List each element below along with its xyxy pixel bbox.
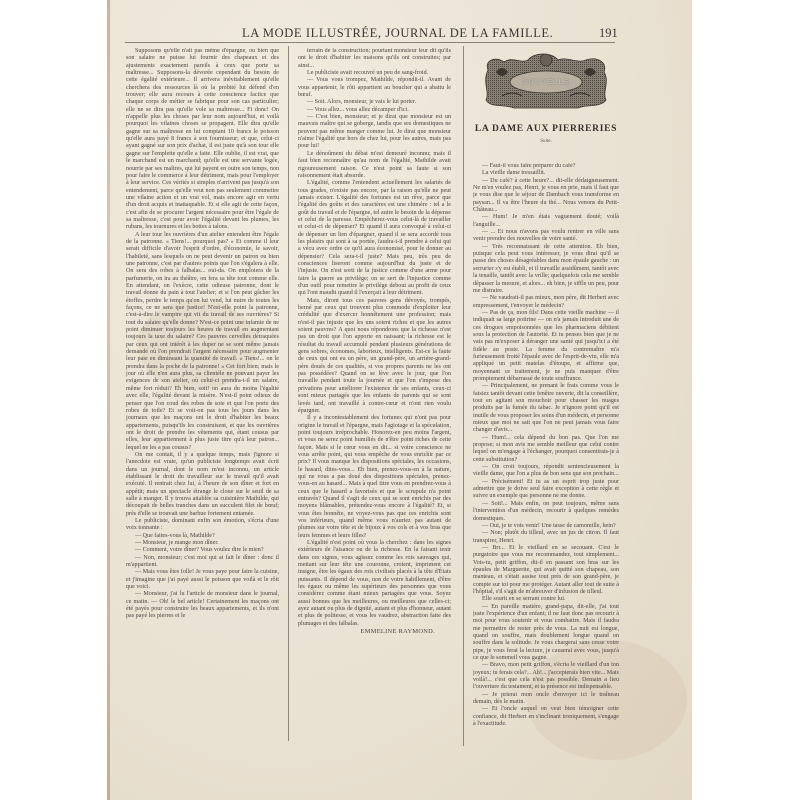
paragraph: — Monsieur, je mange mon dîner. [126, 540, 279, 547]
paragraph: Il y a incontestablement des fortunes qu… [298, 415, 451, 540]
paragraph: L'égalité, comme l'entendent actuellemen… [298, 180, 451, 298]
author-signature: EMMELINE RAYMOND. [298, 628, 451, 635]
paragraph: — Non, monsieur; c'est moi qui ai fait l… [126, 555, 279, 570]
nouvelle-vignette: NOUVELLE [482, 52, 610, 110]
paragraph: — ... Et nous n'avons pas voulu rentrer … [473, 229, 619, 244]
paragraph: — Précisément! Et tu as un esprit trop j… [473, 479, 619, 501]
paragraph: — Très reconnaissant de cette attention.… [473, 244, 619, 295]
paragraph: La vieille dame tressaillit. [473, 170, 619, 177]
paragraph: On me contait, il y a quelque temps, mai… [126, 452, 279, 518]
paragraph: Mais, diront tous ces pauvres gens dévoy… [298, 298, 451, 416]
article-column-2: terrain de la construction; pourtant mon… [298, 48, 451, 748]
article-column-1: Supposons qu'elle n'ait pas même d'éparg… [126, 48, 279, 728]
paragraph: — Que faites-vous là, Mathilde? [126, 533, 279, 540]
newspaper-page: LA MODE ILLUSTRÉE, JOURNAL DE LA FAMILLE… [107, 0, 692, 800]
vignette-label: NOUVELLE [482, 79, 610, 86]
paragraph: A leur tour les ouvrières d'un atelier e… [126, 232, 279, 452]
paragraph: — Du café? à cette heure?... dit-elle dé… [473, 178, 619, 215]
paragraph: — Bravo, mon petit griffon, s'écria le v… [473, 662, 619, 691]
running-head: LA MODE ILLUSTRÉE, JOURNAL DE LA FAMILLE… [107, 26, 692, 42]
header-rule [125, 42, 615, 43]
journal-title: LA MODE ILLUSTRÉE, JOURNAL DE LA FAMILLE… [242, 26, 553, 41]
story-column: — Faut-il vous faire préparer du café?La… [473, 163, 619, 748]
paragraph: — Soit!... Mais enfin, on peut toujours,… [473, 501, 619, 523]
paragraph: — Hum!... cela dépend du bon pas. Que l'… [473, 435, 619, 464]
paragraph: — Faut-il vous faire préparer du café? [473, 163, 619, 170]
page-number: 191 [599, 26, 618, 41]
paragraph: Supposons qu'elle n'ait pas même d'éparg… [126, 48, 279, 232]
paragraph: — Et l'oncle auquel on veut bien témoign… [473, 706, 619, 728]
paragraph: — Comment, votre dîner? Vous voulez dire… [126, 547, 279, 554]
paragraph: — Je prierai mon oncle d'envoyer ici le … [473, 692, 619, 707]
paragraph: — Mais vous êtes folle! Je vous paye pou… [126, 569, 279, 591]
torn-page-edge [107, 0, 110, 800]
story-title: LA DAME AUX PIERRERIES [473, 124, 619, 134]
paragraph: — Pas de ça, mon fils! Dans cette vieill… [473, 310, 619, 383]
column-2-text: terrain de la construction; pourtant mon… [298, 48, 451, 628]
paragraph: L'égalité n'est point où vous la cherche… [298, 540, 451, 628]
column-divider [463, 46, 464, 746]
paragraph: — Brr... Et le vieillard en se secouant.… [473, 545, 619, 596]
paragraph: — Ne vaudrait-il pas mieux, mon père, di… [473, 295, 619, 310]
paragraph: — Monsieur, j'ai lu l'article de monsieu… [126, 591, 279, 620]
column-divider [288, 46, 289, 741]
paragraph: Le publiciste avait recouvré un peu de s… [298, 70, 451, 77]
paragraph: — Soit. Alors, monsieur, je vais le lui … [298, 99, 451, 106]
paragraph: — En pareille matière, grand-papa, dit-e… [473, 604, 619, 663]
story-subtitle: Suite. [473, 139, 619, 144]
paragraph: Le dénoûment du débat m'est demeuré inco… [298, 151, 451, 180]
paragraph: — Vous vous trompez, Mathilde, répondit-… [298, 77, 451, 99]
paragraph: Le publiciste, dominant enfin son émotio… [126, 518, 279, 533]
paragraph: terrain de la construction; pourtant mon… [298, 48, 451, 70]
paragraph: Elle sourit en se serrant contre lui. [473, 596, 619, 603]
paragraph: — Vous allez... vous allez décamper d'ic… [298, 107, 451, 114]
paragraph: — Non; plutôt du tilleul, avec un jus de… [473, 530, 619, 545]
paragraph: — On croit toujours, répondit sentencieu… [473, 464, 619, 479]
paragraph: — Hum! Je m'en étais vaguement douté; vo… [473, 214, 619, 229]
paragraph: — Principalement, ne prenant le frais co… [473, 383, 619, 434]
paragraph: — C'est bien, monsieur; et je dirai que … [298, 114, 451, 151]
